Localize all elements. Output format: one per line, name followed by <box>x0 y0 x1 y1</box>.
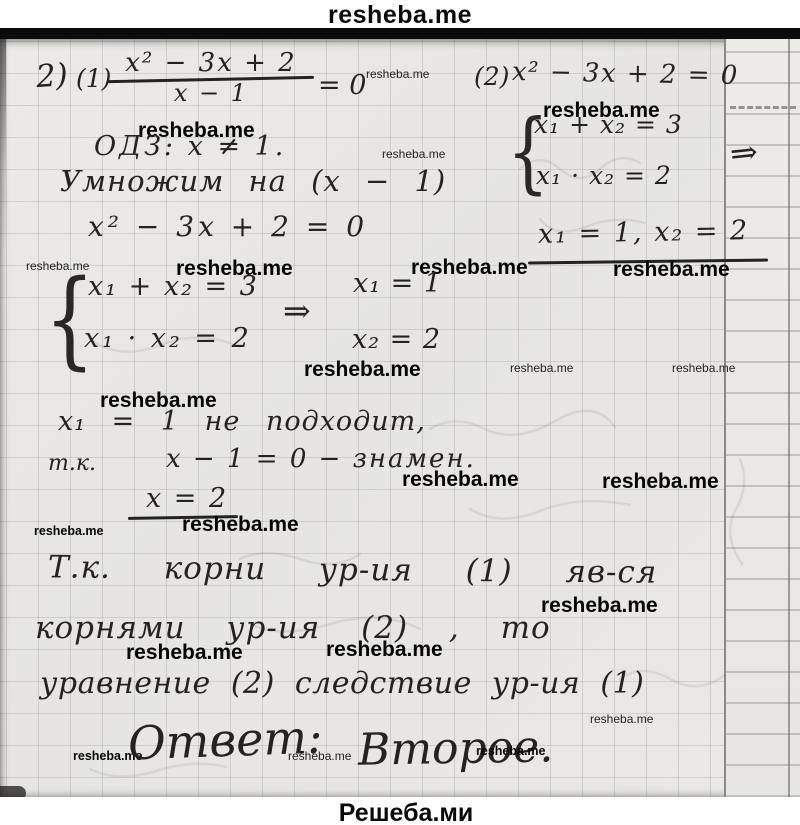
watermark-bold: resheba.me <box>613 258 730 282</box>
site-logo-bottom: Решеба.ми <box>339 799 474 825</box>
watermark-small: resheba.me <box>510 361 573 375</box>
rejection-line1: x₁ = 1 не подходит, <box>58 408 426 436</box>
conclusion-line1: Т.к. корни ур-ия (1) яв-ся <box>48 551 658 589</box>
implies-arrow-left: ⇒ <box>283 294 311 329</box>
root-result-2: x₂ = 2 <box>352 326 441 354</box>
quadratic-equation: x² − 3x + 2 = 0 <box>88 212 368 241</box>
eq1-fraction: x² − 3x + 2 x − 1 <box>108 50 314 106</box>
rejection-prefix: т.к. <box>48 452 96 475</box>
eq1-label: (1) <box>76 66 111 92</box>
watermark-bold: resheba.me <box>182 513 299 537</box>
conclusion-line2: корнями ур-ия (2) , то <box>35 612 551 645</box>
conclusion-line3: уравнение (2) следствие ур-ия (1) <box>40 668 644 700</box>
watermark-small: resheba.me <box>288 749 351 763</box>
scanned-solution-page: resheba.me 2) (1) x² − 3x + 2 x − 1 = 0 … <box>0 0 800 825</box>
watermark-bold: resheba.me <box>541 594 658 618</box>
page-margin-line <box>788 39 790 797</box>
watermark-bold: resheba.me <box>126 641 243 665</box>
watermark-bold: resheba.me <box>602 470 719 494</box>
eq1-equals-zero: = 0 <box>318 72 366 100</box>
watermark-small: resheba.me <box>382 147 445 161</box>
eq2-body: x² − 3x + 2 = 0 <box>512 59 739 90</box>
scan-edge-shadow <box>0 39 6 259</box>
item-number: 2) <box>35 59 69 94</box>
roots-inline: x₁ = 1, x₂ = 2 <box>538 217 750 249</box>
watermark-small: resheba.me <box>366 67 429 81</box>
watermark-bold: resheba.me <box>304 358 421 382</box>
eq2-label: (2) <box>474 64 509 90</box>
watermark-small: resheba.me <box>672 361 735 375</box>
top-band: resheba.me <box>0 0 800 28</box>
vieta-left-line1: x₁ + x₂ = 3 <box>88 273 259 301</box>
pencil-dash-mark <box>730 106 796 109</box>
scan-divider-bar <box>0 28 800 39</box>
watermark-bold: resheba.me <box>326 638 443 662</box>
vieta-right-line1: x₁ + x₂ = 3 <box>534 112 683 138</box>
implies-arrow-right: ⇒ <box>728 135 759 172</box>
watermark-small-bold: resheba.me <box>476 744 545 758</box>
watermark-small: resheba.me <box>590 712 653 726</box>
watermark-small-bold: resheba.me <box>34 524 103 538</box>
final-root: x = 2 <box>146 485 228 513</box>
watermark-bold: resheba.me <box>402 468 519 492</box>
eq1-numerator: x² − 3x + 2 <box>108 50 314 77</box>
vieta-left-line2: x₁ · x₂ = 2 <box>84 325 252 353</box>
root-result-1: x₁ = 1 <box>353 270 442 298</box>
bottom-band: Решеба.ми <box>0 797 800 825</box>
multiply-note: Умножим на (x − 1) <box>60 166 446 196</box>
vieta-right-line2: x₁ · x₂ = 2 <box>536 163 672 189</box>
eq1-denominator: x − 1 <box>108 81 314 106</box>
site-logo-top: resheba.me <box>328 1 472 30</box>
odz-note: ОДЗ: x ≠ 1. <box>94 133 286 161</box>
